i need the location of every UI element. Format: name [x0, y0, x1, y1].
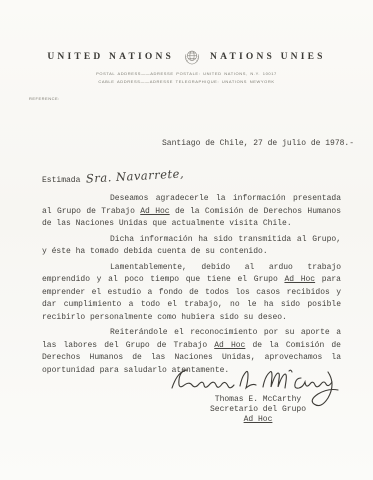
- signatory-title: Secretario del Grupo: [184, 405, 332, 415]
- address-block: POSTAL ADDRESS——ADRESSE POSTALE: UNITED …: [0, 71, 373, 85]
- paragraph-1: Deseamos agradecerle la información pres…: [42, 193, 341, 231]
- letterhead: UNITED NATIONS NATIONS UNIES POSTAL ADDR…: [0, 48, 373, 85]
- salutation-typed: Estimada: [42, 176, 80, 185]
- salutation-handwritten-name: Sra. Navarrete,: [86, 166, 185, 185]
- salutation: EstimadaSra. Navarrete,: [42, 171, 185, 185]
- ad-hoc-underlined: Ad Hoc: [284, 275, 315, 284]
- letter-body: Deseamos agradecerle la información pres…: [42, 193, 341, 380]
- ad-hoc-underlined: Ad Hoc: [214, 341, 245, 350]
- paragraph-text: Dicha información ha sido transmitida al…: [42, 235, 341, 257]
- postal-address-line: POSTAL ADDRESS——ADRESSE POSTALE: UNITED …: [0, 71, 373, 77]
- reference-label: REFERENCE:: [29, 96, 60, 101]
- signatory-name: Thomas E. McCarthy: [184, 395, 332, 405]
- letter-page: UNITED NATIONS NATIONS UNIES POSTAL ADDR…: [0, 0, 373, 480]
- paragraph-2: Dicha información ha sido transmitida al…: [42, 234, 341, 259]
- dateline: Santiago de Chile, 27 de julio de 1978.-: [162, 139, 354, 148]
- signature-block: Thomas E. McCarthy Secretario del Grupo …: [184, 395, 332, 424]
- signatory-group: Ad Hoc: [184, 415, 332, 425]
- org-name-row: UNITED NATIONS NATIONS UNIES: [0, 48, 373, 66]
- org-name-french: NATIONS UNIES: [210, 52, 326, 62]
- cable-address-line: CABLE ADDRESS——ADRESSE TELEGRAPHIQUE: UN…: [0, 79, 373, 85]
- org-name-english: UNITED NATIONS: [47, 52, 174, 62]
- un-emblem-icon: [183, 48, 201, 66]
- ad-hoc-underlined: Ad Hoc: [140, 207, 169, 216]
- paragraph-3: Lamentablemente, debido al arduo trabajo…: [42, 262, 341, 325]
